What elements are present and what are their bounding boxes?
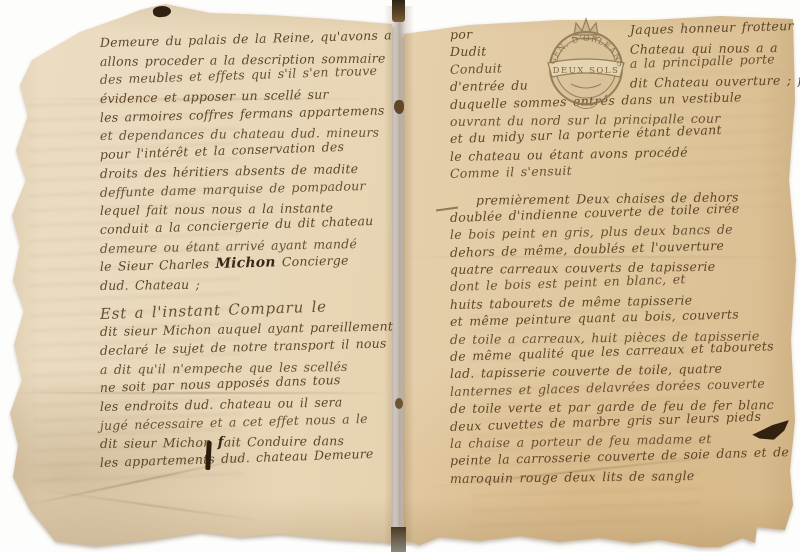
manuscript-line: maroquin rouge deux lits de sangle — [450, 466, 795, 488]
line-fragment: d'entrée du — [450, 77, 536, 96]
line-fragment: le Sieur Charles — [100, 256, 216, 274]
overwritten-word: Michon — [215, 255, 276, 273]
line-fragment: a la principalle porte — [630, 50, 776, 72]
binding-top — [392, 0, 405, 22]
line-fragment: Conduit — [450, 58, 537, 78]
manuscript-line: dud. Chateau ; — [100, 273, 400, 295]
left-page-text: Demeure du palais de la Reine, qu'avons … — [100, 34, 400, 473]
line-fragment: por — [450, 24, 536, 44]
line-fragment: dit sieur Michon — [100, 435, 218, 451]
line-fragment: Concierge — [275, 253, 348, 270]
scanned-manuscript: Demeure du palais de la Reine, qu'avons … — [0, 0, 800, 552]
stamp-banner-text: DEUX SOLS — [553, 66, 620, 76]
binding-bottom — [391, 527, 406, 552]
tax-stamp-icon: GEN. D'ORLEANS DEUX SOLS — [540, 12, 632, 114]
line-fragment: Jaques honneur frotteur — [630, 17, 794, 39]
